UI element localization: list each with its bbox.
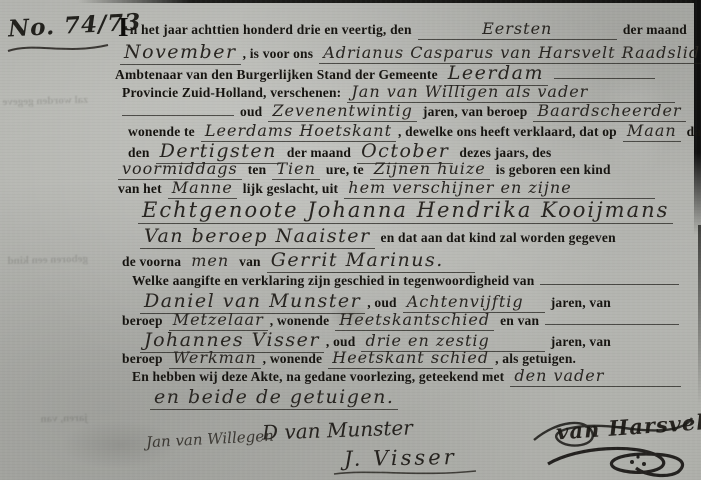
- document-scan: zal worden gegeven geboren een kind jare…: [0, 0, 701, 480]
- printed-text: Welke aangifte en verklaring zijn geschi…: [132, 273, 534, 289]
- form-line-5: oud Zevenentwintig jaren, van beroep Baa…: [122, 101, 673, 122]
- printed-text: der maand: [623, 22, 687, 38]
- signature-visser: J. Visser: [344, 445, 457, 471]
- printed-text: , als getuigen.: [495, 351, 576, 367]
- scan-edge-top: [78, 0, 701, 3]
- signature-harsvelt: van Harsvelt: [555, 408, 701, 444]
- entry-witness1-residence: Heetskantschied: [335, 310, 494, 331]
- form-line-9: van het Manne lijk geslacht, uit hem ver…: [118, 178, 661, 199]
- entry-child-names: Gerrit Marinus.: [267, 249, 475, 273]
- printed-text: , dewelke ons heeft verklaard, dat op: [398, 124, 617, 140]
- form-line-8: voormiddags ten Tien ure, te Zijnen huiz…: [118, 159, 671, 180]
- entry-signed-with-cont: en beide de getuigen.: [150, 386, 398, 410]
- bleedthrough-text: zal worden gegeven geboren een kind jare…: [2, 95, 88, 425]
- printed-text: wonende te: [128, 124, 195, 140]
- printed-text: , wonende: [270, 313, 330, 329]
- form-line-18: En hebben wij deze Akte, na gedane voorl…: [132, 366, 687, 387]
- entry-sex: Manne: [168, 178, 237, 199]
- signature-willegen: Jan van Willegen: [146, 427, 275, 452]
- entry-declarant-occupation: Baardscheerder: [533, 101, 685, 122]
- form-line-4: Provincie Zuid-Holland, verschenen: Jan …: [122, 82, 681, 103]
- entry-signed-with: den vader: [510, 366, 681, 387]
- printed-text: de voorna: [122, 254, 181, 270]
- printed-text: ten: [248, 162, 267, 178]
- printed-text: van: [239, 254, 261, 270]
- bleedthrough-snippet: zal worden gegeven: [2, 94, 88, 108]
- act-number-flourish: [4, 40, 114, 56]
- printed-text: En hebben wij deze Akte, na gedane voorl…: [132, 369, 504, 385]
- ruled-blank: [540, 271, 679, 285]
- printed-text: ure, te: [326, 162, 364, 178]
- entry-mother-occupation: Van beroep Naaister: [140, 225, 375, 249]
- entry-declarant-age: Zevenentwintig: [268, 101, 417, 122]
- entry-declarant-name: Jan van Willigen als vader: [347, 82, 675, 103]
- printed-text: , wonende: [263, 351, 323, 367]
- entry-hour: Tien: [272, 159, 320, 180]
- printed-text: jaren, van beroep: [423, 104, 528, 120]
- form-line-11: Van beroep Naaister en dat aan dat kind …: [140, 225, 641, 249]
- bleedthrough-snippet: jaren, van: [2, 412, 88, 426]
- entry-witness1-occupation: Metzelaar: [169, 310, 268, 331]
- printed-text: Ambtenaar van den Burgerlijken Stand der…: [115, 67, 438, 83]
- form-line-12: de voorna men van Gerrit Marinus.: [122, 249, 481, 273]
- printed-text: dag,: [687, 124, 701, 140]
- entry-registrar-name: Adrianus Casparus van Harsvelt Raadslid: [319, 43, 701, 64]
- printed-text: en dat aan dat kind zal worden gegeven: [381, 230, 616, 246]
- printed-text: oud: [240, 104, 262, 120]
- entry-declarant-residence: Leerdams Hoetskant: [201, 121, 396, 142]
- dropcap-initial: I: [118, 12, 129, 42]
- scan-edge-right: [694, 0, 701, 235]
- entry-parents-intro: hem verschijner en zijne: [344, 178, 655, 199]
- entry-mother-name: Echtgenoote Johanna Hendrika Kooijmans: [138, 198, 673, 224]
- printed-text: In het jaar achttien honderd drie en vee…: [118, 18, 412, 38]
- printed-text: , is voor ons: [243, 46, 314, 62]
- printed-text: van het: [118, 181, 162, 197]
- form-line-15: beroep Metzelaar , wonende Heetskantschi…: [122, 310, 685, 331]
- printed-text: beroep: [122, 313, 163, 329]
- ruled-blank: [122, 102, 234, 116]
- entry-voornamen-suffix: men: [187, 251, 233, 271]
- bleedthrough-snippet: geboren een kind: [2, 253, 88, 267]
- form-line-6: wonende te Leerdams Hoetskant , dewelke …: [128, 121, 685, 142]
- printed-text: jaren, van: [551, 295, 611, 311]
- form-line-13: Welke aangifte en verklaring zijn geschi…: [132, 271, 685, 289]
- form-line-10: Echtgenoote Johanna Hendrika Kooijmans: [138, 198, 665, 224]
- entry-day: Eersten: [418, 19, 617, 40]
- form-line-1: In het jaar achttien honderd drie en vee…: [118, 18, 687, 40]
- printed-text: is geboren een kind: [496, 162, 611, 178]
- printed-text: lijk geslacht, uit: [243, 181, 338, 197]
- ruled-blank: [554, 65, 655, 79]
- entry-weekday: Maan: [623, 121, 681, 142]
- form-line-19: en beide de getuigen.: [150, 386, 401, 410]
- ruled-blank: [545, 311, 679, 325]
- entry-daypart: voormiddags: [118, 159, 242, 180]
- printed-text: en van: [500, 313, 539, 329]
- printed-text: , oud: [367, 295, 397, 311]
- printed-text: beroep: [122, 351, 163, 367]
- entry-birth-place: Zijnen huize: [370, 159, 490, 180]
- signature-munster: D van Munster: [262, 415, 414, 444]
- printed-text: Provincie Zuid-Holland, verschenen:: [122, 85, 341, 101]
